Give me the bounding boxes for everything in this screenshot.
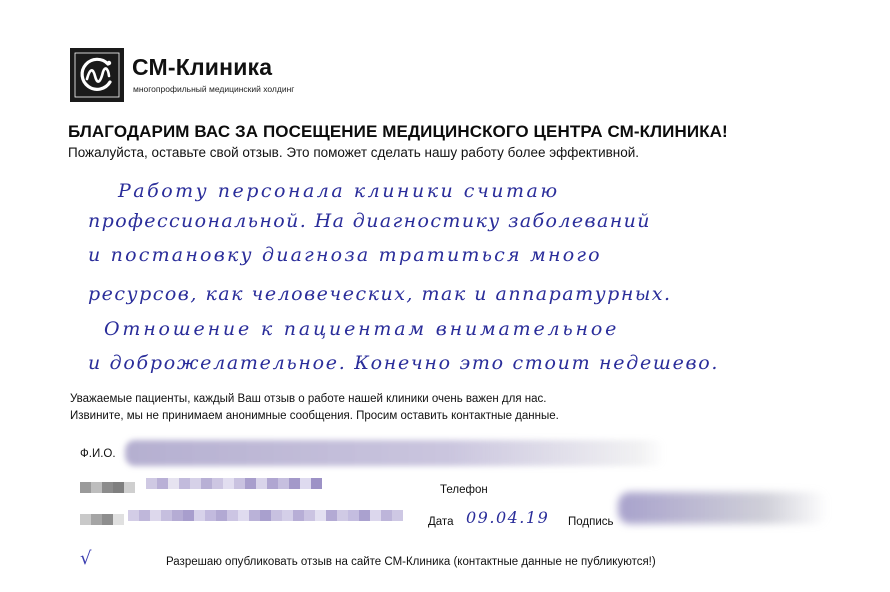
consent-label: Разрешаю опубликовать отзыв на сайте СМ-… — [166, 556, 656, 568]
brand-name: СМ-Клиника — [132, 54, 272, 81]
brand-tagline: многопрофильный медицинский холдинг — [133, 84, 294, 94]
phone-label: Телефон — [440, 484, 488, 496]
name-label: Ф.И.О. — [80, 448, 116, 460]
date-label: Дата — [428, 516, 453, 528]
review-line-1: Работу персонала клиники считаю — [118, 180, 560, 202]
redacted-email-field[interactable] — [146, 478, 322, 489]
form-subtitle: Пожалуйста, оставьте свой отзыв. Это пом… — [68, 145, 639, 160]
signature-label: Подпись — [568, 516, 614, 528]
consent-checkmark[interactable]: √ — [80, 548, 91, 569]
notice-line-2: Извините, мы не принимаем анонимные сооб… — [70, 410, 559, 422]
redacted-address-field[interactable] — [128, 510, 403, 521]
review-line-5: Отношение к пациентам внимательное — [104, 318, 619, 340]
notice-line-1: Уважаемые пациенты, каждый Ваш отзыв о р… — [70, 393, 546, 405]
review-line-6: и доброжелательное. Конечно это стоит не… — [88, 352, 719, 374]
name-field-redacted[interactable] — [125, 440, 665, 466]
date-value[interactable]: 09.04.19 — [466, 508, 549, 527]
review-line-2: профессиональной. На диагностику заболев… — [88, 210, 651, 232]
clinic-logo — [70, 48, 124, 102]
review-line-4: ресурсов, как человеческих, так и аппара… — [88, 283, 672, 305]
redacted-label-1 — [80, 482, 135, 493]
form-title: БЛАГОДАРИМ ВАС ЗА ПОСЕЩЕНИЕ МЕДИЦИНСКОГО… — [68, 122, 728, 142]
signature-redacted[interactable] — [618, 492, 828, 524]
review-line-3: и постановку диагноза тратиться много — [88, 244, 602, 266]
snake-wave-logo-icon — [72, 50, 122, 100]
redacted-label-2 — [80, 514, 124, 525]
